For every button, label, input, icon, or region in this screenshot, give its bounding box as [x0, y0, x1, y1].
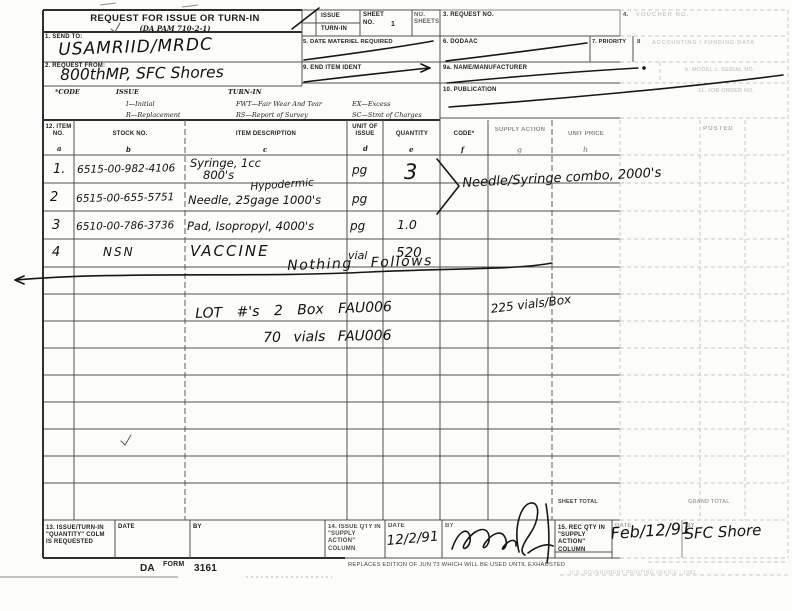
qty-group-brace	[437, 159, 459, 214]
scanned-da-form-3161: REQUEST FOR ISSUE OR TURN-IN (DA PAM 710…	[0, 0, 792, 611]
box14-signature	[452, 530, 516, 550]
stray-tick-mark	[121, 435, 131, 445]
subtitle-tick-mark	[111, 23, 120, 32]
box14-signature-loop	[517, 503, 553, 563]
field9a-strike-dot	[642, 66, 646, 70]
field5-strike	[304, 41, 433, 60]
handwriting-ink	[0, 0, 792, 611]
field9-strike	[304, 64, 430, 82]
issue-check-mark	[292, 8, 319, 29]
field6-strike	[446, 43, 587, 61]
field9a-strike	[447, 68, 638, 83]
nothing-follows-line	[15, 263, 552, 284]
field10-strike	[449, 75, 783, 107]
